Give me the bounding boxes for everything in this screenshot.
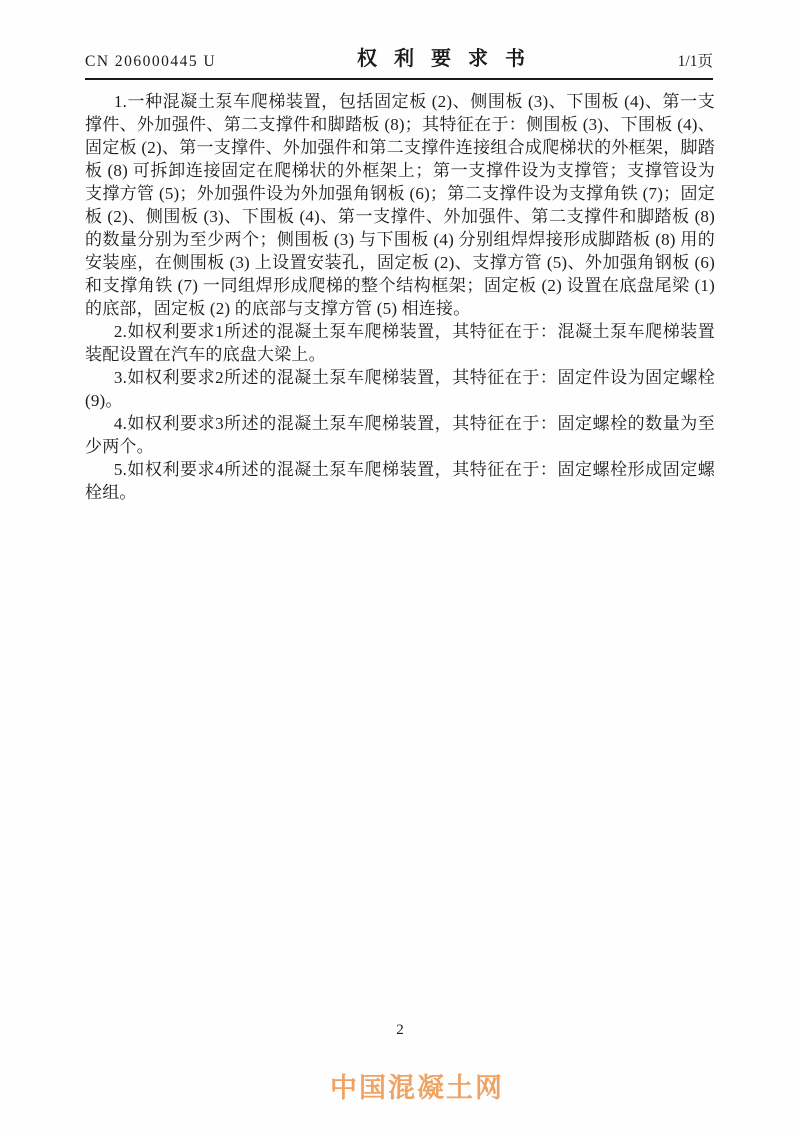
claim-5: 5.如权利要求4所述的混凝土泵车爬梯装置，其特征在于：固定螺栓形成固定螺栓组。 bbox=[85, 458, 715, 504]
page-number: 2 bbox=[0, 1022, 800, 1039]
claim-1: 1.一种混凝土泵车爬梯装置，包括固定板 (2)、侧围板 (3)、下围板 (4)、… bbox=[85, 90, 715, 320]
page-indicator: 1/1页 bbox=[678, 49, 713, 71]
document-header: CN 206000445 U 权利要求书 1/1页 bbox=[85, 42, 713, 80]
claim-2: 2.如权利要求1所述的混凝土泵车爬梯装置，其特征在于：混凝土泵车爬梯装置装配设置… bbox=[85, 320, 715, 366]
watermark-text: 中国混凝土网 bbox=[330, 1066, 504, 1105]
document-title: 权利要求书 bbox=[340, 42, 542, 71]
document-number: CN 206000445 U bbox=[85, 53, 216, 71]
claim-3: 3.如权利要求2所述的混凝土泵车爬梯装置，其特征在于：固定件设为固定螺栓 (9)… bbox=[85, 366, 715, 412]
patent-claims-page: CN 206000445 U 权利要求书 1/1页 1.一种混凝土泵车爬梯装置，… bbox=[0, 0, 800, 1131]
claims-body: 1.一种混凝土泵车爬梯装置，包括固定板 (2)、侧围板 (3)、下围板 (4)、… bbox=[85, 90, 715, 504]
claim-4: 4.如权利要求3所述的混凝土泵车爬梯装置，其特征在于：固定螺栓的数量为至少两个。 bbox=[85, 412, 715, 458]
